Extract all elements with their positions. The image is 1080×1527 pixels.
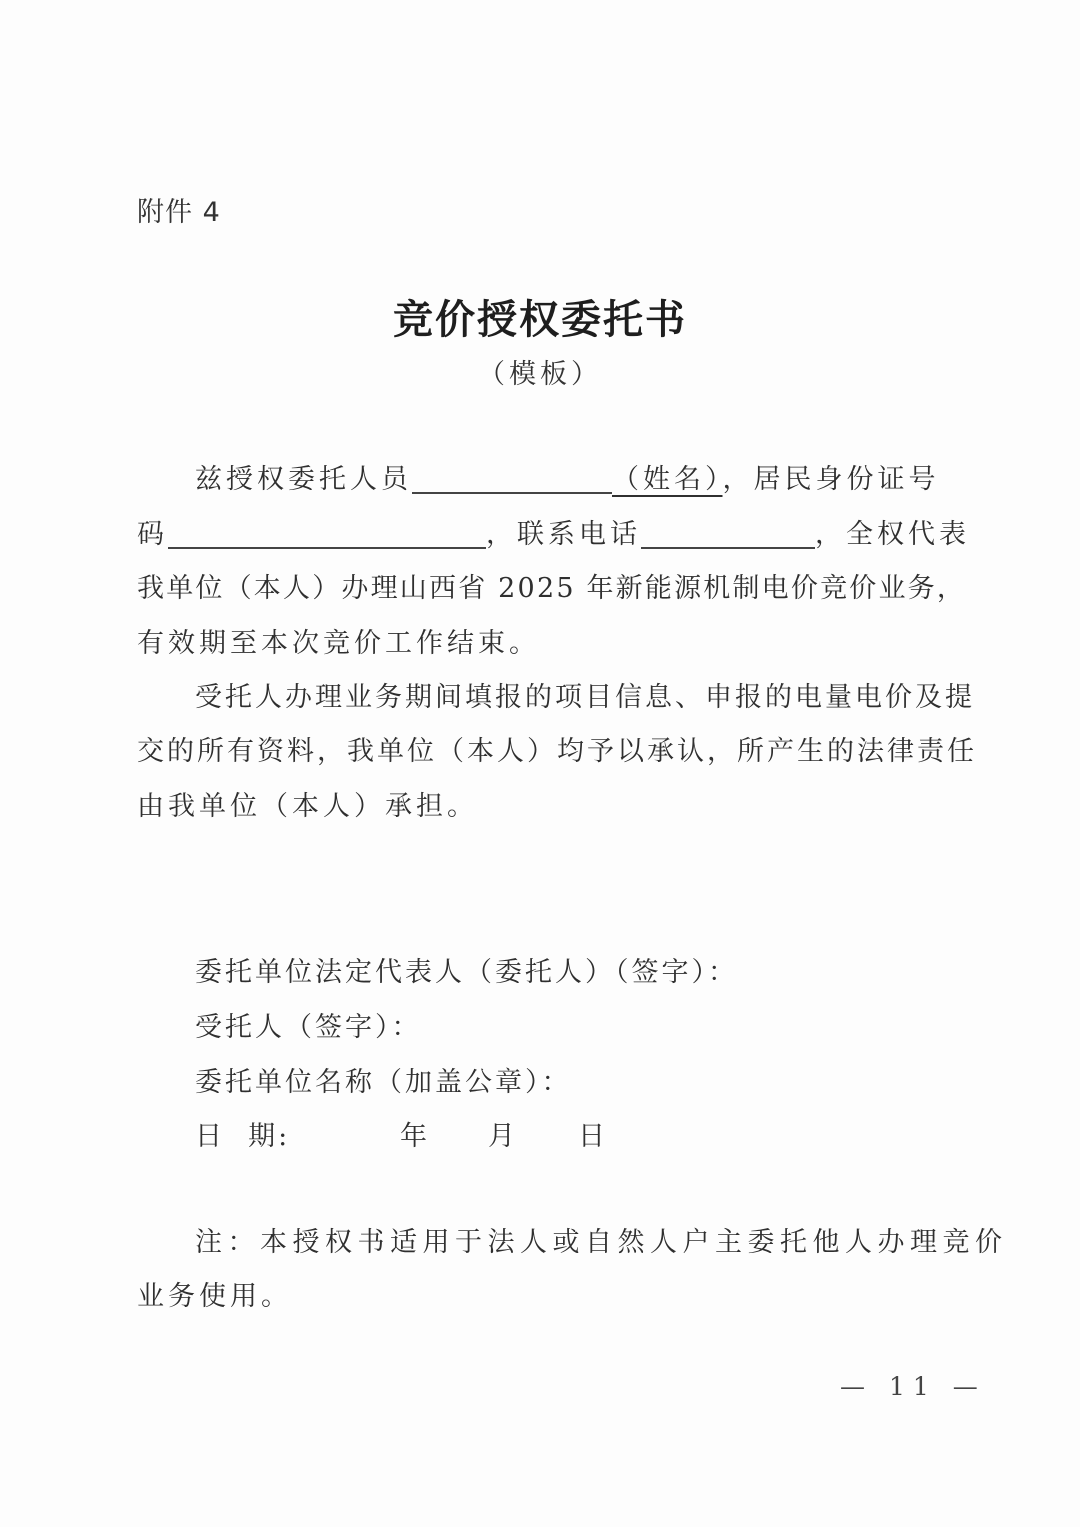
date-label: 日 期: <box>195 1114 290 1153</box>
unit-name-seal: 委托单位名称（加盖公章）： <box>195 1060 572 1099</box>
document-title: 竞价授权委托书 <box>0 288 1080 345</box>
name-hint: （姓名） <box>612 464 723 495</box>
paragraph1-line2: 码，联系电话，全权代表 <box>137 515 970 555</box>
attachment-label: 附件 4 <box>137 190 221 229</box>
paragraph2-line1: 受托人办理业务期间填报的项目信息、申报的电量电价及提 <box>195 678 975 718</box>
id-number-label: ，居民身份证号 <box>723 464 940 495</box>
note-line1: 注：本授权书适用于法人或自然人户主委托他人办理竞价 <box>195 1223 1008 1263</box>
legal-representative-signature: 委托单位法定代表人（委托人）（签字）： <box>195 950 738 989</box>
note-line2: 业务使用。 <box>137 1277 292 1317</box>
trustee-signature: 受托人（签字）： <box>195 1005 422 1044</box>
paragraph2-line2: 交的所有资料，我单位（本人）均予以承认，所产生的法律责任 <box>137 732 977 772</box>
date-day: 日 <box>578 1114 605 1153</box>
date-month: 月 <box>488 1114 515 1153</box>
id-number-blank-field[interactable] <box>168 519 486 549</box>
phone-blank-field[interactable] <box>641 519 815 549</box>
date-year: 年 <box>400 1114 427 1153</box>
paragraph2-line3: 由我单位（本人）承担。 <box>137 787 478 827</box>
paragraph1-line3: 我单位（本人）办理山西省 2025 年新能源机制电价竞价业务， <box>137 569 966 609</box>
phone-label: ，联系电话 <box>486 519 641 550</box>
paragraph1-line4: 有效期至本次竞价工作结束。 <box>137 624 540 664</box>
document-page: 附件 4 竞价授权委托书 （模板） 兹授权委托人员（姓名），居民身份证号 码，联… <box>0 0 1080 1527</box>
page-number: — 11 — <box>840 1372 986 1401</box>
name-blank-field[interactable] <box>412 464 612 494</box>
document-subtitle: （模板） <box>0 352 1080 391</box>
authorize-text: 兹授权委托人员 <box>195 464 412 495</box>
paragraph1-line1: 兹授权委托人员（姓名），居民身份证号 <box>195 460 940 500</box>
id-code-label: 码 <box>137 519 168 550</box>
full-authority-text: ，全权代表 <box>815 519 970 550</box>
